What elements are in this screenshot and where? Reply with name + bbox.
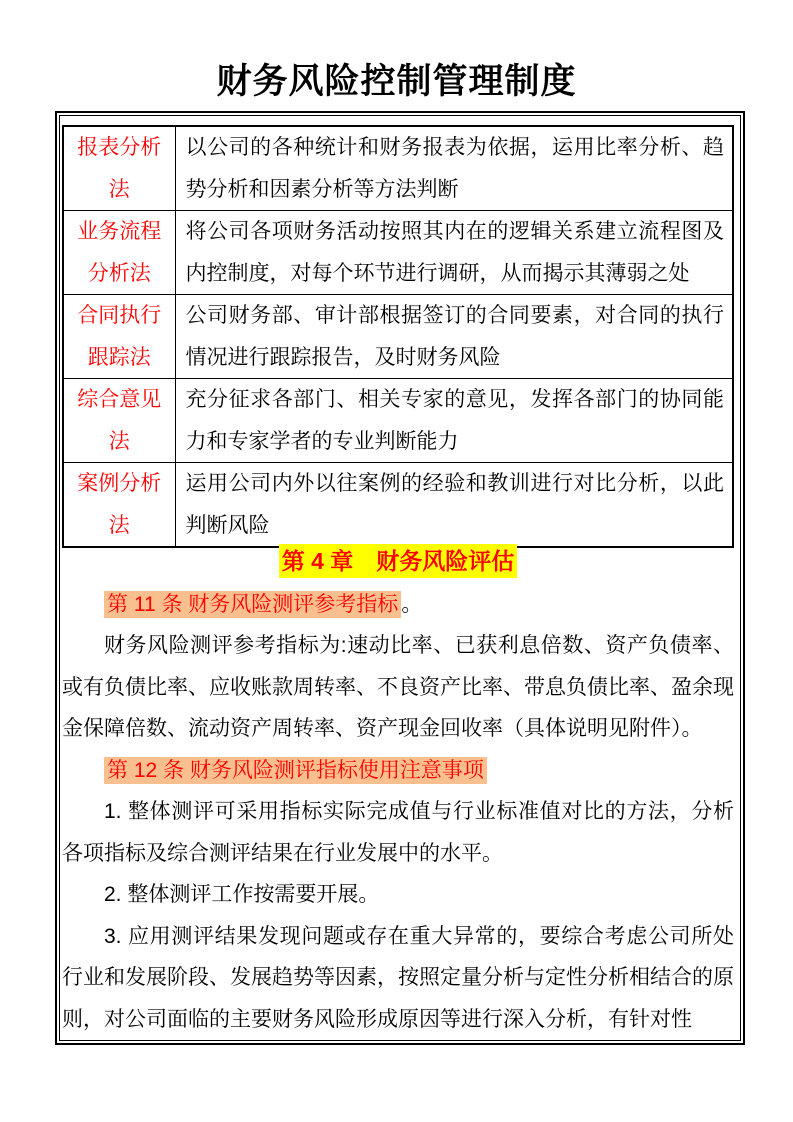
method-description: 将公司各项财务活动按照其内在的逻辑关系建立流程图及内控制度，对每个环节进行调研，… xyxy=(175,211,733,295)
chapter-heading: 第 4 章 财务风险评估 xyxy=(279,544,518,578)
article-11-heading-suffix: 。 xyxy=(401,593,422,616)
method-description: 以公司的各种统计和财务报表为依据，运用比率分析、趋势分析和因素分析等方法判断 xyxy=(175,126,733,211)
table-row: 合同执行跟踪法 公司财务部、审计部根据签订的合同要素，对合同的执行情况进行跟踪报… xyxy=(63,295,733,379)
article-12-item-1: 1. 整体测评可采用指标实际完成值与行业标准值对比的方法，分析各项指标及综合测评… xyxy=(62,791,734,874)
table-row: 报表分析法 以公司的各种统计和财务报表为依据，运用比率分析、趋势分析和因素分析等… xyxy=(63,126,733,211)
article-12-item-2: 2. 整体测评工作按需要开展。 xyxy=(62,874,734,916)
article-12-heading: 第 12 条 财务风险测评指标使用注意事项 xyxy=(104,757,487,784)
article-12-heading-line: 第 12 条 财务风险测评指标使用注意事项 xyxy=(62,750,734,792)
article-11-heading: 第 11 条 财务风险测评参考指标 xyxy=(104,591,401,618)
method-label: 案例分析法 xyxy=(63,463,175,548)
method-label: 业务流程分析法 xyxy=(63,211,175,295)
content-area: 报表分析法 以公司的各种统计和财务报表为依据，运用比率分析、趋势分析和因素分析等… xyxy=(62,125,734,548)
body-text: 第 4 章 财务风险评估 第 11 条 财务风险测评参考指标。 财务风险测评参考… xyxy=(62,541,734,1040)
article-11-paragraph: 财务风险测评参考指标为:速动比率、已获利息倍数、资产负债率、或有负债比率、应收账… xyxy=(62,625,734,750)
risk-methods-table: 报表分析法 以公司的各种统计和财务报表为依据，运用比率分析、趋势分析和因素分析等… xyxy=(62,125,734,548)
method-label: 报表分析法 xyxy=(63,126,175,211)
chapter-heading-line: 第 4 章 财务风险评估 xyxy=(62,541,734,584)
method-description: 公司财务部、审计部根据签订的合同要素，对合同的执行情况进行跟踪报告，及时财务风险 xyxy=(175,295,733,379)
method-label: 合同执行跟踪法 xyxy=(63,295,175,379)
method-description: 运用公司内外以往案例的经验和教训进行对比分析，以此判断风险 xyxy=(175,463,733,548)
method-label: 综合意见法 xyxy=(63,379,175,463)
article-12-item-3: 3. 应用测评结果发现问题或存在重大异常的，要综合考虑公司所处行业和发展阶段、发… xyxy=(62,916,734,1041)
table-row: 业务流程分析法 将公司各项财务活动按照其内在的逻辑关系建立流程图及内控制度，对每… xyxy=(63,211,733,295)
table-row: 案例分析法 运用公司内外以往案例的经验和教训进行对比分析，以此判断风险 xyxy=(63,463,733,548)
article-11-heading-line: 第 11 条 财务风险测评参考指标。 xyxy=(62,584,734,626)
method-description: 充分征求各部门、相关专家的意见，发挥各部门的协同能力和专家学者的专业判断能力 xyxy=(175,379,733,463)
table-row: 综合意见法 充分征求各部门、相关专家的意见，发挥各部门的协同能力和专家学者的专业… xyxy=(63,379,733,463)
page-title: 财务风险控制管理制度 xyxy=(0,54,793,104)
